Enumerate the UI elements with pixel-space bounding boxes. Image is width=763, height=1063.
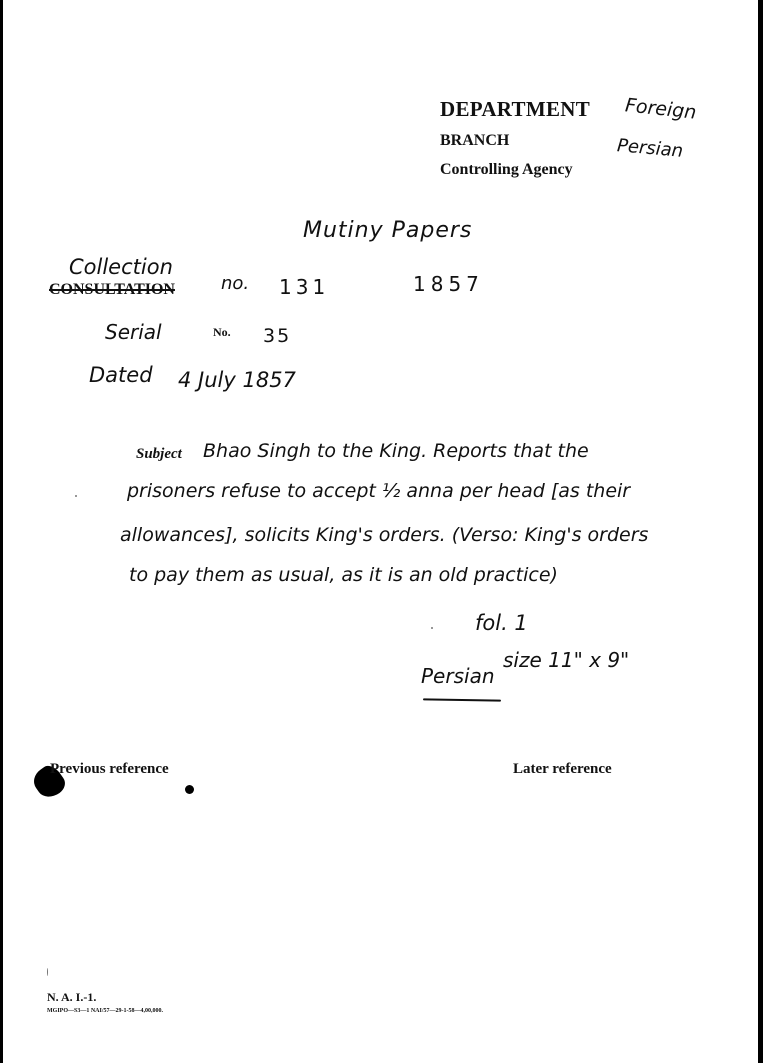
department-label: DEPARTMENT xyxy=(440,97,590,122)
form-code: N. A. I.-1. xyxy=(47,990,96,1005)
subject-line: allowances], solicits King's orders. (Ve… xyxy=(120,524,648,546)
branch-label: BRANCH xyxy=(440,132,509,150)
paper-speck xyxy=(431,627,433,629)
serial-label-handwritten: Serial xyxy=(105,320,162,344)
department-value: Foreign xyxy=(624,94,697,123)
consultation-label-struck: CONSULTATION xyxy=(49,281,175,299)
collection-year: 1857 xyxy=(413,272,484,296)
subject-line: Bhao Singh to the King. Reports that the xyxy=(203,440,589,462)
collection-title: Mutiny Papers xyxy=(303,218,472,243)
paper-speck xyxy=(75,495,77,497)
language-underline xyxy=(423,698,501,701)
previous-reference-label: Previous reference xyxy=(50,761,169,778)
subject-label: Subject xyxy=(136,446,182,463)
controlling-agency-label: Controlling Agency xyxy=(440,161,573,179)
folio-size: size 11" x 9" xyxy=(503,648,629,672)
print-code: MGIPO—S3—1 NAI/57—29-1-58—4,00,000. xyxy=(47,1008,163,1014)
collection-number: 131 xyxy=(279,275,329,299)
collection-no-label: no. xyxy=(221,273,249,294)
paper-speck xyxy=(47,968,48,976)
ink-spot xyxy=(185,785,194,794)
branch-value: Persian xyxy=(616,135,684,162)
folio-number: fol. 1 xyxy=(475,611,528,635)
subject-line: prisoners refuse to accept ½ anna per he… xyxy=(127,480,630,502)
document-page: DEPARTMENT Foreign BRANCH Persian Contro… xyxy=(3,0,758,1063)
collection-label-handwritten: Collection xyxy=(69,255,173,279)
dated-value: 4 July 1857 xyxy=(178,368,296,392)
subject-line: to pay them as usual, as it is an old pr… xyxy=(129,564,558,586)
later-reference-label: Later reference xyxy=(513,761,612,778)
dated-label: Dated xyxy=(89,363,153,387)
serial-no-label: No. xyxy=(213,325,231,340)
serial-number: 35 xyxy=(263,325,291,347)
folio-language: Persian xyxy=(421,664,495,688)
